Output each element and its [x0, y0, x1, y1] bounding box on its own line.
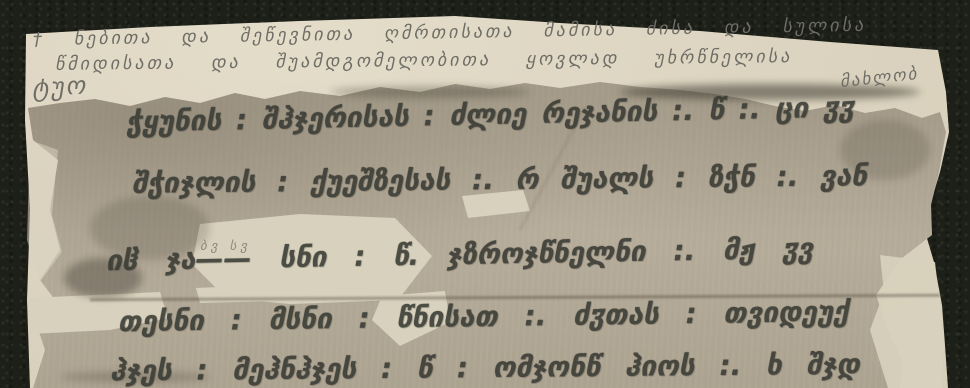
photo-backdrop: † ნებითა და შეწევნითა ღმრთისათა მამისა ძ… [0, 0, 970, 388]
ink-line-5: ჰჯეს : მეჰნჰჯეს : წ : ომჯონწ ჰიოს :. ხ შ… [110, 351, 860, 386]
tear-edge-smudge-2 [330, 86, 530, 98]
pencil-left-mark: ტუო [31, 73, 87, 101]
ink-line-2: შჭიჯლის : ქუეშზესას :. რ შუალს : ზჭნ :. … [132, 162, 867, 198]
